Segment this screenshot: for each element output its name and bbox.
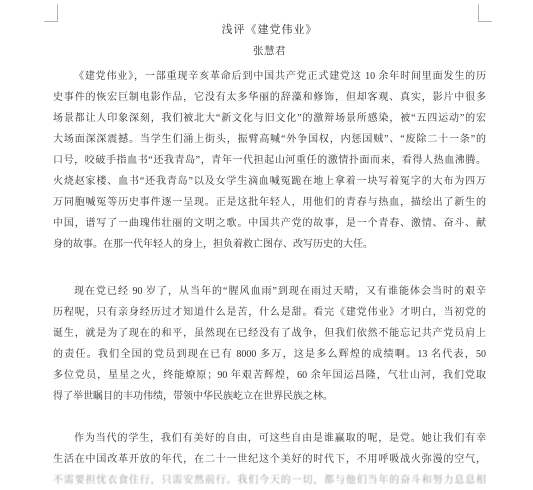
text-line: 诞生，就是为了现在的和平，虽然现在已经没有了战争，但我们依然不能忘记共产党员肩上: [53, 323, 486, 344]
paragraph-1: 《建党伟业》，一部重现辛亥革命后到中国共产党正式建党这 10 余年时间里面发生的…: [53, 66, 486, 255]
paragraph-3: 作为当代的学生，我们有美好的自由，可这些自由是谁赢取的呢，是党。她让我们有幸 生…: [53, 428, 486, 490]
document-page[interactable]: 浅评《建党伟业》 张慧君 《建党伟业》，一部重现辛亥革命后到中国共产党正式建党这…: [0, 0, 533, 490]
text-line: 作为当代的学生，我们有美好的自由，可这些自由是谁赢取的呢，是党。她让我们有幸: [53, 428, 486, 449]
text-line: 中国，谱写了一曲瑰伟壮丽的文明之歌。中国共产党的故事，是一个青春、激情、奋斗、献: [53, 213, 486, 234]
text-line: 《建党伟业》，一部重现辛亥革命后到中国共产党正式建党这 10 余年时间里面发生的…: [53, 66, 486, 87]
text-line: 得了举世瞩目的丰功伟绩，带领中华民族屹立在世界民族之林。: [53, 386, 486, 407]
text-line: 现在党已经 90 岁了，从当年的“腥风血雨”到现在雨过天晴，又有谁能体会当时的艰…: [53, 281, 486, 302]
text-line: 场景都让人印象深刻，我们被北大“新文化与旧文化”的激辩场景所感染，被“五四运动”…: [53, 108, 486, 129]
text-line: 身的故事。在那一代年轻人的身上，担负着救亡图存、改写历史的大任。: [53, 234, 486, 255]
text-line: 的责任。我们全国的党员到现在已有 8000 多万，这是多么辉煌的成绩啊。13 名…: [53, 344, 486, 365]
text-line: 大场面深深震撼。当学生们涌上街头，振臂高喊“外争国权，内惩国贼”、“废除二十一条…: [53, 129, 486, 150]
author-name: 张慧君: [53, 41, 486, 62]
text-line: 多位党员，星星之火，终能燎原；90 年艰苦辉煌，60 余年国运昌隆，气壮山河，我…: [53, 365, 486, 386]
document-title: 浅评《建党伟业》: [53, 20, 486, 41]
text-line: 万同胞喊冤等历史事件逐一呈现。正是这批年轻人，用他们的青春与热血，描绘出了新生的: [53, 192, 486, 213]
document-content: 浅评《建党伟业》 张慧君 《建党伟业》，一部重现辛亥革命后到中国共产党正式建党这…: [53, 20, 486, 490]
text-line-clipped: 不需要担忧衣食住行，只需安然前行。我们今天的一切，都与他们当年的奋斗和努力息息相: [53, 470, 486, 490]
text-line: 生活在中国改革开放的年代，在二十一世纪这个美好的时代下，不用呼吸战火弥漫的空气，: [53, 449, 486, 470]
paragraph-2: 现在党已经 90 岁了，从当年的“腥风血雨”到现在雨过天晴，又有谁能体会当时的艰…: [53, 281, 486, 407]
text-line: 火烧赵家楼、血书“还我青岛”以及女学生滴血喊冤跪在地上拿着一块写着冤字的大布为四…: [53, 171, 486, 192]
text-line: 历程呢，只有亲身经历过才知道什么是苦，什么是甜。看完《建党伟业》才明白，当初党的: [53, 302, 486, 323]
text-line: 史事件的恢宏巨制电影作品，它没有太多华丽的辞藻和修饰，但却客观、真实，影片中很多: [53, 87, 486, 108]
text-line: 口号，咬破手指血书“还我青岛”，青年一代担起山河重任的激情扑面而来，看得人热血沸…: [53, 150, 486, 171]
